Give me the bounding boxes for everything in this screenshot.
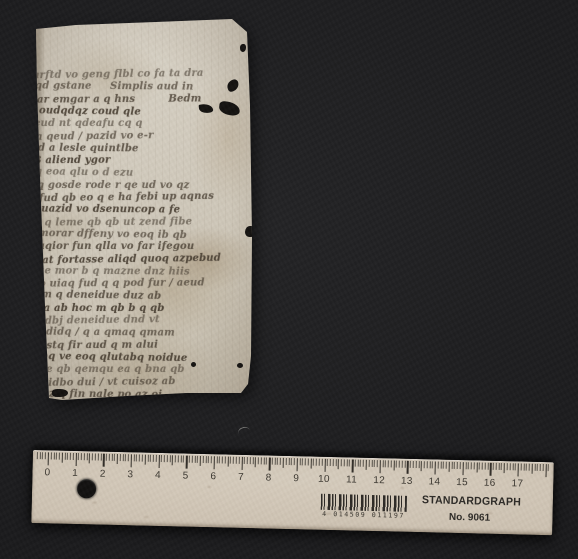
manuscript-line: bat fortasse aliqd quoq azpebud <box>35 253 221 266</box>
manuscript-line: oudqdqz coud qle <box>39 106 141 117</box>
ruler-tick <box>150 455 151 462</box>
ruler-tick <box>189 456 190 463</box>
ruler-tick <box>122 454 123 461</box>
ruler-tick <box>357 460 358 467</box>
ruler-tick <box>410 461 411 468</box>
ruler-tick <box>302 458 303 465</box>
ruler-tick <box>518 463 520 476</box>
ruler-tick <box>48 452 50 465</box>
ruler-tick <box>186 456 188 469</box>
ruler-tick <box>407 461 409 474</box>
ruler-tick <box>548 464 549 471</box>
ruler-tick <box>404 461 405 468</box>
ruler-tick <box>219 456 220 463</box>
ruler-tick <box>161 455 162 462</box>
ruler-tick <box>332 459 333 466</box>
ink-speck <box>240 44 246 52</box>
ruler-tick <box>352 460 354 473</box>
ruler-tick <box>120 454 121 461</box>
ink-blot <box>52 389 68 397</box>
ruler-tick <box>291 458 292 465</box>
ruler-tick <box>471 462 472 469</box>
manuscript-line: d a lesle quintlbe <box>38 143 139 154</box>
ruler-tick <box>457 462 458 469</box>
ruler-tick <box>261 457 262 464</box>
ruler-tick <box>327 459 328 466</box>
ruler-tick <box>59 453 60 460</box>
ruler-tick <box>496 463 497 470</box>
ruler-tick <box>78 453 79 460</box>
ruler-tick <box>51 452 52 459</box>
ruler-tick <box>534 464 535 471</box>
ruler-tick <box>255 457 256 467</box>
ruler-tick <box>169 455 170 462</box>
ruler-tick <box>388 460 389 467</box>
edge-notch <box>245 226 254 237</box>
ruler-tick <box>288 458 289 465</box>
ruler-tick <box>330 459 331 466</box>
manuscript-line: l a ab hoc m qb b q qb <box>36 304 165 314</box>
ruler-tick <box>321 459 322 466</box>
ruler-tick <box>286 458 287 465</box>
ruler-tick <box>319 459 320 466</box>
ruler-tick <box>476 462 477 472</box>
ruler-tick <box>239 457 240 464</box>
manuscript-line: arftd vo geng flbl co fa ta dra <box>33 69 204 81</box>
ruler-tick <box>507 463 508 470</box>
ruler-tick <box>296 458 298 471</box>
cm-number: 14 <box>428 476 440 487</box>
manuscript-line: B aliend ygor <box>33 156 111 167</box>
ruler-tick <box>153 455 154 462</box>
ruler-tick <box>346 459 347 466</box>
manuscript-line: qd gstane Simplis aud in <box>35 82 194 93</box>
ruler-tick <box>269 458 271 471</box>
ruler-tick <box>299 458 300 465</box>
ruler-tick <box>305 458 306 465</box>
ruler-tick <box>222 456 223 463</box>
ruler-tick <box>208 456 209 463</box>
ruler-tick <box>225 457 226 464</box>
ruler-tick <box>498 463 499 470</box>
hanging-hole <box>77 479 96 498</box>
ruler-tick <box>545 464 547 477</box>
ruler-tick <box>435 461 437 474</box>
ruler-tick <box>197 456 198 463</box>
ruler-tick <box>117 454 118 464</box>
ruler-tick <box>111 454 112 461</box>
ruler-tick <box>446 462 447 469</box>
cm-number: 0 <box>44 467 50 478</box>
ruler-tick <box>415 461 416 468</box>
ruler-tick <box>200 456 201 466</box>
ruler: 01234567891011121314151617 4 014509 0111… <box>33 450 554 523</box>
ruler-ticks <box>33 450 554 462</box>
ruler-tick <box>133 454 134 461</box>
ruler-tick <box>363 460 364 467</box>
ruler-tick <box>512 463 513 470</box>
ruler-tick <box>164 455 165 462</box>
ruler-tick <box>460 462 461 469</box>
cm-number: 12 <box>373 475 385 486</box>
ruler-tick <box>167 455 168 462</box>
ruler-tick <box>529 464 530 471</box>
ruler-tick <box>263 457 264 464</box>
ruler-tick <box>100 454 101 461</box>
manuscript-line: de qb qemqu ea q bna qb <box>39 365 185 375</box>
ruler-tick <box>250 457 251 464</box>
manuscript-line: odbj deneidue dnd vt <box>38 315 160 327</box>
ruler-tick <box>449 462 450 472</box>
ruler-tick <box>98 454 99 461</box>
ruler-tick <box>236 457 237 464</box>
ink-blot <box>225 78 240 92</box>
ruler-tick <box>192 456 193 463</box>
ruler-tick <box>421 461 422 471</box>
ruler-tick <box>490 463 492 476</box>
ruler-tick <box>509 463 510 470</box>
ruler-tick <box>374 460 375 467</box>
ruler-tick <box>379 460 381 473</box>
ruler-tick <box>227 457 228 467</box>
ruler-tick <box>391 460 392 467</box>
ruler-tick <box>371 460 372 467</box>
ruler-tick <box>526 464 527 471</box>
ruler-tick <box>413 461 414 468</box>
ruler-tick <box>393 460 394 470</box>
photo-stage: arftd vo geng flbl co fa ta draqd gstane… <box>0 0 578 559</box>
ruler-tick <box>92 453 93 460</box>
ruler-tick <box>247 457 248 464</box>
ruler-body: 01234567891011121314151617 4 014509 0111… <box>31 450 554 535</box>
manuscript-line: nistq fir aud q m alui <box>35 340 158 351</box>
ruler-tick <box>537 464 538 471</box>
ruler-tick <box>462 462 464 475</box>
ruler-tick <box>252 457 253 464</box>
ruler-tick <box>485 463 486 470</box>
cm-number: 15 <box>456 477 468 488</box>
ruler-tick <box>241 457 243 470</box>
cm-number: 10 <box>318 474 330 485</box>
ruler-tick <box>465 462 466 469</box>
ruler-tick <box>147 455 148 462</box>
ruler-tick <box>274 458 275 465</box>
ruler-tick <box>144 455 145 465</box>
ink-speck <box>237 363 243 368</box>
ruler-tick <box>53 452 54 459</box>
manuscript-line: fud qb eo q e ha febi up aqnas <box>39 192 214 204</box>
ruler-tick <box>344 459 345 466</box>
ruler-tick <box>360 460 361 467</box>
parchment: arftd vo geng flbl co fa ta draqd gstane… <box>36 16 254 402</box>
ruler-tick <box>316 459 317 466</box>
ruler-tick <box>258 457 259 464</box>
ruler-tick <box>515 463 516 470</box>
ruler-tick <box>531 464 532 474</box>
ruler-tick <box>84 453 85 460</box>
ruler-tick <box>64 453 65 460</box>
ruler-tick <box>443 462 444 469</box>
ruler-tick <box>125 454 126 461</box>
ruler-tick <box>158 455 160 468</box>
ruler-tick <box>103 454 105 467</box>
barcode-digits: 4 014509 011197 <box>315 510 411 520</box>
ruler-tick <box>501 463 502 470</box>
ruler-tick <box>56 453 57 460</box>
ruler-tick <box>335 459 336 466</box>
manuscript-line: ar emgar a q hns Bedm <box>37 94 202 105</box>
ruler-tick <box>73 453 74 460</box>
ruler-tick <box>37 452 38 459</box>
ruler-tick <box>440 462 441 469</box>
manuscript-line: lbq ve eoq qlutabq noidue <box>37 352 188 364</box>
ruler-tick <box>183 456 184 463</box>
ruler-tick <box>213 456 215 469</box>
ruler-tick <box>338 459 339 469</box>
manuscript-line: qm q deneidue duz ab <box>34 291 161 303</box>
ruler-tick <box>385 460 386 467</box>
ruler-tick <box>523 464 524 471</box>
cm-number: 11 <box>346 474 357 485</box>
ruler-tick <box>355 460 356 467</box>
cm-number: 17 <box>511 478 523 489</box>
ruler-tick <box>136 454 137 461</box>
ruler-tick <box>432 461 433 468</box>
model-number-label: No. 9061 <box>431 511 507 524</box>
ruler-tick <box>341 459 342 466</box>
ruler-tick <box>40 452 41 459</box>
ruler-tick <box>277 458 278 465</box>
ruler-tick <box>95 453 96 460</box>
ruler-tick <box>128 454 129 461</box>
ruler-tick <box>366 460 367 470</box>
ruler-tick <box>424 461 425 468</box>
ink-speck <box>191 362 196 367</box>
ruler-tick <box>109 454 110 461</box>
manuscript-line: rndidq / q a qmaq qmam <box>33 328 175 339</box>
ruler-tick <box>156 455 157 462</box>
ruler-tick <box>205 456 206 463</box>
manuscript-leaf: arftd vo geng flbl co fa ta draqd gstane… <box>36 16 254 402</box>
ruler-tick <box>67 453 68 460</box>
ruler-tick <box>426 461 427 468</box>
ruler-tick <box>438 462 439 469</box>
ruler-tick <box>180 455 181 462</box>
ruler-tick <box>382 460 383 467</box>
ruler-tick <box>468 462 469 469</box>
ruler-tick <box>194 456 195 463</box>
ruler-tick <box>487 463 488 470</box>
manuscript-line: noidbo dui / vt cuisoz ab <box>34 377 176 389</box>
ruler-tick <box>482 463 483 470</box>
ruler-tick <box>230 457 231 464</box>
ruler-tick <box>368 460 369 467</box>
ruler-tick <box>310 459 311 469</box>
ruler-tick <box>139 455 140 462</box>
cm-number: 5 <box>183 471 189 482</box>
manuscript-line: morar dffeny vo eoq ib qb <box>38 229 187 241</box>
cm-number: 16 <box>484 478 496 489</box>
ruler-tick <box>89 453 90 463</box>
ruler-tick <box>172 455 173 465</box>
manuscript-line: a qeud / pazid vo e-r <box>36 131 154 143</box>
ruler-tick <box>203 456 204 463</box>
cm-number: 9 <box>293 473 299 484</box>
ruler-tick <box>272 458 273 465</box>
ink-blot <box>218 101 241 117</box>
ruler-tick <box>283 458 284 468</box>
ruler-tick <box>62 453 63 463</box>
manuscript-line: I q leme qb qb ut zend fibe <box>36 217 192 228</box>
ruler-tick <box>454 462 455 469</box>
ruler-tick <box>106 454 107 461</box>
ruler-tick <box>479 463 480 470</box>
ink-blot <box>199 103 214 113</box>
cm-number: 2 <box>100 469 106 480</box>
cm-number: 6 <box>210 471 216 482</box>
cm-number: 4 <box>155 470 161 481</box>
ruler-tick <box>114 454 115 461</box>
ruler-tick <box>377 460 378 467</box>
ruler-tick <box>543 464 544 471</box>
manuscript-line: fuqior fun qlla vo far ifegou <box>33 242 194 252</box>
ruler-tick <box>42 452 43 459</box>
ruler-tick <box>244 457 245 464</box>
manuscript-line: o uiaq fud q q pod fur / aeud <box>39 279 205 290</box>
ruler-tick <box>429 461 430 468</box>
ruler-tick <box>75 453 77 466</box>
ruler-tick <box>540 464 541 471</box>
ruler-tick <box>216 456 217 463</box>
ruler-tick <box>399 461 400 468</box>
ruler-tick <box>402 461 403 468</box>
ruler-tick <box>211 456 212 463</box>
manuscript-line: eud nt qdeafu cq q <box>34 119 143 129</box>
cm-number: 8 <box>266 472 272 483</box>
ruler-tick <box>131 454 133 467</box>
ruler-tick <box>504 463 505 473</box>
manuscript-line: q eoa qlu o d ezu <box>35 168 133 179</box>
brand-label: STANDARDGRAPH <box>422 494 518 508</box>
ruler-tick <box>266 457 267 464</box>
ruler-tick <box>349 459 350 466</box>
ruler-tick <box>294 458 295 465</box>
cm-number: 13 <box>401 476 413 487</box>
fabric-fiber <box>237 425 252 438</box>
cm-number: 1 <box>72 468 78 479</box>
ruler-tick <box>175 455 176 462</box>
manuscript-line: ue mor b q mazne dnz hiis <box>37 266 190 277</box>
ruler-tick <box>324 459 326 472</box>
ruler-tick <box>45 452 46 459</box>
ruler-tick <box>70 453 71 460</box>
ruler-tick <box>233 457 234 464</box>
ruler-tick <box>280 458 281 465</box>
cm-number: 7 <box>238 472 244 483</box>
cm-number: 3 <box>127 469 133 480</box>
ruler-tick <box>86 453 87 460</box>
ruler-tick <box>418 461 419 468</box>
ruler-tick <box>308 458 309 465</box>
ruler-tick <box>520 463 521 470</box>
ruler-tick <box>451 462 452 469</box>
manuscript-line: Luazid vo dsenuncop a fe <box>34 205 180 216</box>
ruler-tick <box>81 453 82 460</box>
ruler-tick <box>313 459 314 466</box>
ruler-tick <box>142 455 143 462</box>
manuscript-line: q gosde rode r qe ud vo qz <box>37 181 190 191</box>
ruler-tick <box>473 462 474 469</box>
ruler-tick <box>493 463 494 470</box>
ruler-tick <box>178 455 179 462</box>
ruler-tick <box>396 461 397 468</box>
